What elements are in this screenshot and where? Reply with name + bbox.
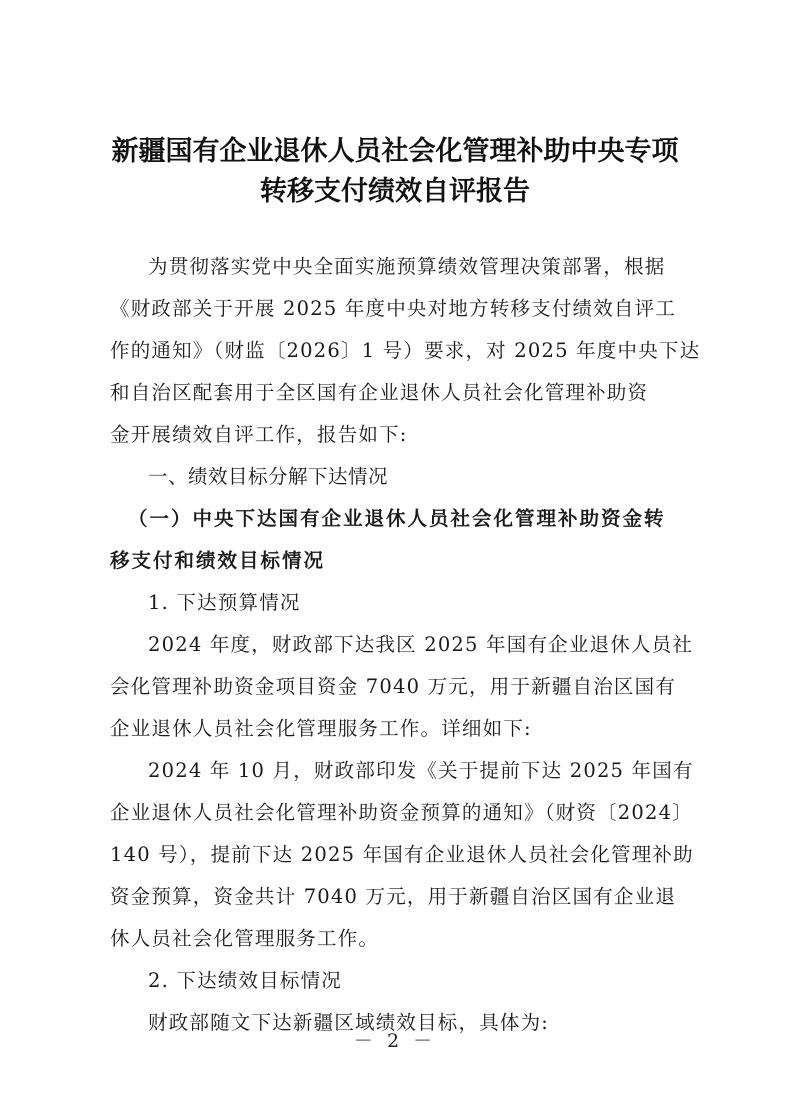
document-title-line-1: 新疆国有企业退休人员社会化管理补助中央专项 (95, 132, 695, 172)
paragraph-budget-line: 企业退休人员社会化管理服务工作。详细如下: (110, 715, 690, 743)
paragraph-budget-line: 会化管理补助资金项目资金 7040 万元，用于新疆自治区国有 (110, 673, 690, 701)
paragraph-intro-line: 作的通知》（财监〔2026〕1 号）要求，对 2025 年度中央下达 (110, 337, 690, 365)
page-number: － 2 － (0, 1026, 790, 1053)
paragraph-notice-line: 2024 年 10 月，财政部印发《关于提前下达 2025 年国有 (148, 757, 690, 785)
paragraph-notice-line: 140 号），提前下达 2025 年国有企业退休人员社会化管理补助 (110, 841, 690, 869)
subsection-heading-1: （一）中央下达国有企业退休人员社会化管理补助资金转 (128, 505, 708, 533)
paragraph-notice-line: 休人员社会化管理服务工作。 (110, 925, 690, 953)
paragraph-intro-line: 为贯彻落实党中央全面实施预算绩效管理决策部署，根据 (148, 253, 690, 281)
paragraph-intro-line: 金开展绩效自评工作，报告如下: (110, 421, 690, 449)
paragraph-budget-line: 2024 年度，财政部下达我区 2025 年国有企业退休人员社 (148, 631, 690, 659)
paragraph-notice-line: 资金预算，资金共计 7040 万元，用于新疆自治区国有企业退 (110, 883, 690, 911)
subsection-heading-1-cont: 移支付和绩效目标情况 (110, 547, 690, 575)
paragraph-intro-line: 《财政部关于开展 2025 年度中央对地方转移支付绩效自评工 (110, 295, 690, 323)
document-page: 新疆国有企业退休人员社会化管理补助中央专项 转移支付绩效自评报告 为贯彻落实党中… (0, 0, 790, 1118)
section-heading-1: 一、绩效目标分解下达情况 (148, 463, 690, 491)
document-title-line-2: 转移支付绩效自评报告 (95, 172, 695, 212)
paragraph-intro-line: 和自治区配套用于全区国有企业退休人员社会化管理补助资 (110, 379, 690, 407)
item-heading-budget: 1. 下达预算情况 (148, 589, 690, 617)
paragraph-notice-line: 企业退休人员社会化管理补助资金预算的通知》（财资〔2024〕 (110, 799, 690, 827)
item-heading-targets: 2. 下达绩效目标情况 (148, 967, 690, 995)
